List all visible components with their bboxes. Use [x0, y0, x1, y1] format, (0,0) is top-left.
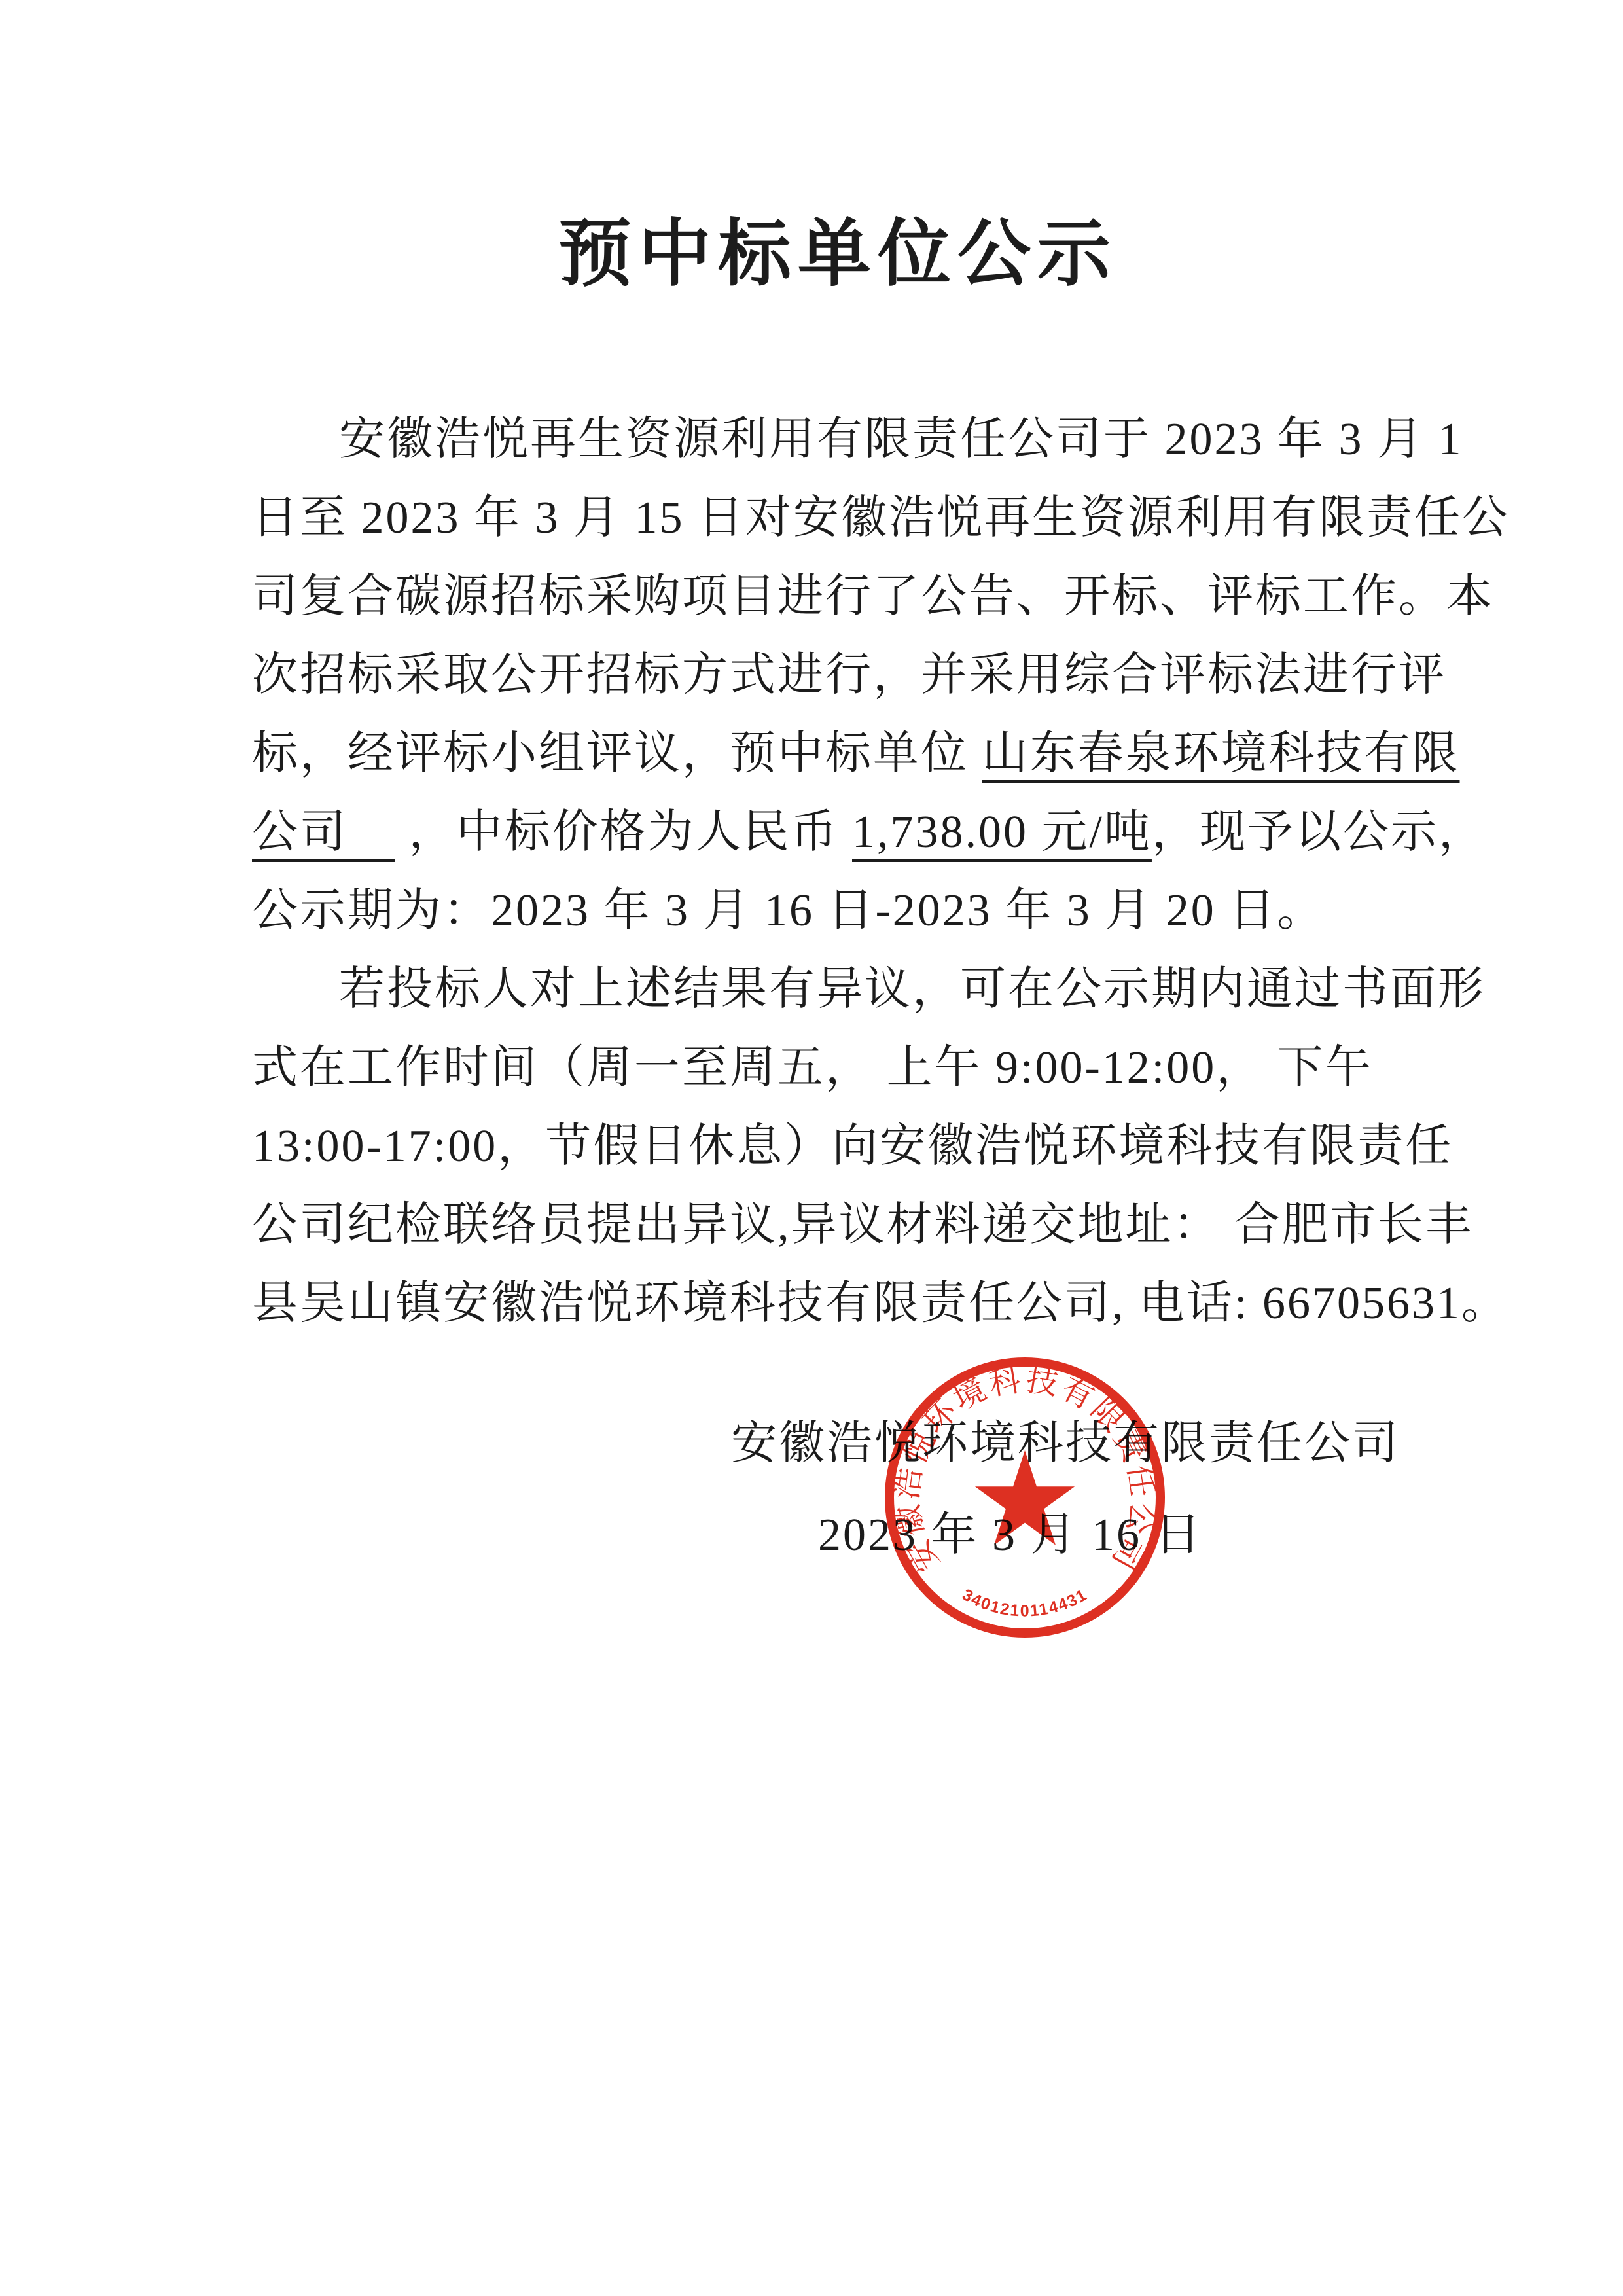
text-segment: 式在工作时间（周一至周五， 上午 9:00-12:00， 下午	[252, 1043, 1373, 1093]
page-title: 预中标单位公示	[26, 195, 1623, 300]
text-segment: 若投标人对上述结果有异议，可在公示期内通过书面形	[339, 964, 1486, 1014]
text-segment: ，中标价格为人民币	[395, 807, 852, 857]
text-segment: 公示期为：2023 年 3 月 16 日-2023 年 3 月 20 日。	[252, 886, 1325, 936]
text-segment: ，现予以公示，	[1152, 807, 1486, 857]
seal-serial-number: 3401210114431	[959, 1585, 1091, 1620]
body-line: 县吴山镇安徽浩悦环境科技有限责任公司, 电话: 66705631。	[252, 1265, 1391, 1343]
body-line: 公司纪检联络员提出异议,异议材料递交地址： 合肥市长丰	[252, 1186, 1391, 1265]
body-line: 次招标采取公开招标方式进行，并采用综合评标法进行评	[252, 636, 1391, 715]
underlined-winner-name-cont: 公司	[252, 807, 395, 857]
body-line: 司复合碳源招标采购项目进行了公告、开标、评标工作。本	[252, 558, 1391, 636]
body-line: 13:00-17:00，节假日休息）向安徽浩悦环境科技有限责任	[252, 1107, 1391, 1186]
star-icon	[975, 1450, 1075, 1545]
text-segment: 次招标采取公开招标方式进行，并采用综合评标法进行评	[252, 650, 1446, 700]
body-line: 安徽浩悦再生资源利用有限责任公司于 2023 年 3 月 1	[252, 401, 1391, 479]
body-line: 标，经评标小组评议，预中标单位 山东春泉环境科技有限	[252, 715, 1391, 793]
body-line: 公司 ，中标价格为人民币 1,738.00 元/吨，现予以公示，	[252, 793, 1391, 872]
underlined-bid-price: 1,738.00 元/吨	[852, 807, 1152, 857]
text-segment: 公司纪检联络员提出异议,异议材料递交地址： 合肥市长丰	[252, 1200, 1473, 1250]
body-line: 公示期为：2023 年 3 月 16 日-2023 年 3 月 20 日。	[252, 872, 1391, 950]
text-segment: 日至 2023 年 3 月 15 日对安徽浩悦再生资源利用有限责任公	[252, 493, 1510, 543]
text-segment: 司复合碳源招标采购项目进行了公告、开标、评标工作。本	[252, 571, 1494, 622]
body-line: 日至 2023 年 3 月 15 日对安徽浩悦再生资源利用有限责任公	[252, 479, 1391, 558]
document-page: 预中标单位公示 安徽浩悦再生资源利用有限责任公司于 2023 年 3 月 1 日…	[0, 0, 1623, 2296]
underlined-winner-name: 山东春泉环境科技有限	[982, 728, 1460, 779]
text-segment: 县吴山镇安徽浩悦环境科技有限责任公司, 电话: 66705631。	[252, 1278, 1509, 1329]
body-line: 若投标人对上述结果有异议，可在公示期内通过书面形	[252, 950, 1391, 1029]
text-segment: 标，经评标小组评议，预中标单位	[252, 728, 982, 779]
text-segment: 安徽浩悦再生资源利用有限责任公司于 2023 年 3 月 1	[339, 414, 1463, 465]
company-seal: 安徽浩悦环境科技有限责任公司 3401210114431	[881, 1354, 1169, 1641]
document-body: 安徽浩悦再生资源利用有限责任公司于 2023 年 3 月 1 日至 2023 年…	[252, 401, 1391, 1343]
body-line: 式在工作时间（周一至周五， 上午 9:00-12:00， 下午	[252, 1029, 1391, 1107]
text-segment: 13:00-17:00，节假日休息）向安徽浩悦环境科技有限责任	[252, 1121, 1453, 1172]
